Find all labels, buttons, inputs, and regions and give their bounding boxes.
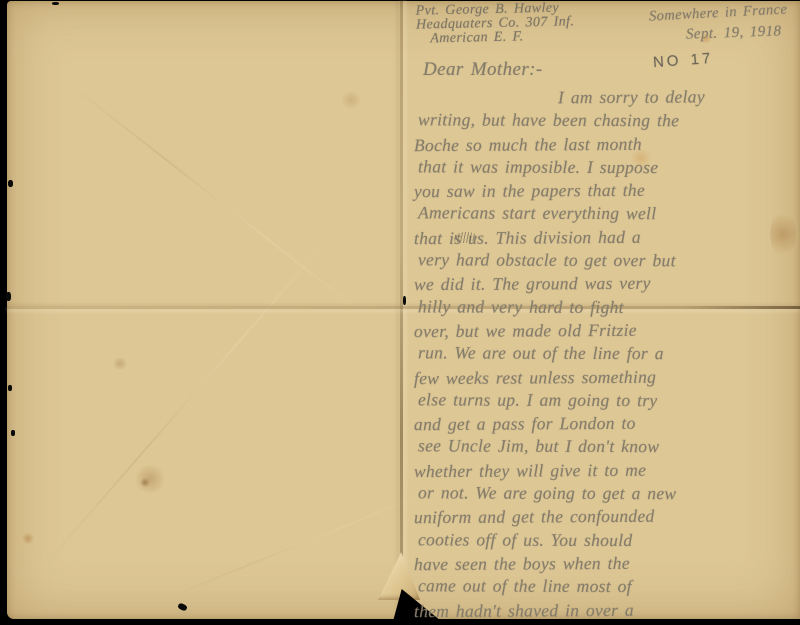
scan-speck bbox=[52, 2, 59, 5]
letter-line: Boche so much the last month bbox=[414, 132, 800, 158]
scan-speck bbox=[8, 385, 12, 391]
sender-address-block: Pvt. George B. Hawley Headquaters Co. 30… bbox=[416, 1, 575, 46]
letter-line: over, but we made old Fritzie bbox=[414, 319, 800, 345]
letter-line: hilly and very hard to fight bbox=[414, 296, 800, 321]
letter-line: we did it. The ground was very bbox=[414, 272, 800, 298]
vertical-fold-crease bbox=[400, 0, 403, 619]
paper-crease bbox=[47, 236, 331, 562]
letter-body: I am sorry to delay writing, but have be… bbox=[414, 87, 800, 623]
letter-line: cooties off of us. You should bbox=[414, 529, 800, 554]
letter-date: Sept. 19, 1918 bbox=[686, 23, 782, 43]
letter-line: or not. We are going to get a new bbox=[414, 482, 800, 507]
letter-line: I am sorry to delay bbox=[414, 86, 800, 112]
letter-line: uniform and get the confounded bbox=[414, 505, 800, 531]
letter-line: that it was imposible. I suppose bbox=[414, 156, 800, 181]
letter-line: whether they will give it to me bbox=[414, 459, 800, 485]
letter-line: Americans start everything well bbox=[414, 203, 800, 228]
scanned-letter: Pvt. George B. Hawley Headquaters Co. 30… bbox=[0, 0, 800, 625]
letter-line: else turns up. I am going to try bbox=[414, 389, 800, 414]
letter-line: you saw in the papers that the bbox=[414, 179, 800, 205]
letter-line: and get a pass for London to bbox=[414, 412, 800, 438]
letter-line: see Uncle Jim, but I don't know bbox=[414, 436, 800, 461]
letter-line: very hard obstacle to get over but bbox=[414, 249, 800, 274]
paper-crease bbox=[66, 81, 367, 317]
letter-line: writing, but have been chasing the bbox=[414, 110, 800, 135]
letter-line: them hadn't shaved in over a bbox=[414, 598, 800, 624]
scan-speck bbox=[403, 296, 406, 305]
scan-speck bbox=[6, 292, 11, 301]
scan-speck bbox=[11, 430, 15, 436]
letter-line: have seen the boys when the bbox=[414, 552, 800, 578]
letter-line: few weeks rest unless something bbox=[414, 365, 800, 391]
salutation: Dear Mother:- bbox=[423, 59, 543, 81]
scan-speck bbox=[8, 180, 13, 187]
letter-line: came out of the line most of bbox=[414, 576, 800, 601]
letter-line: run. We are out of the line for a bbox=[414, 343, 800, 368]
